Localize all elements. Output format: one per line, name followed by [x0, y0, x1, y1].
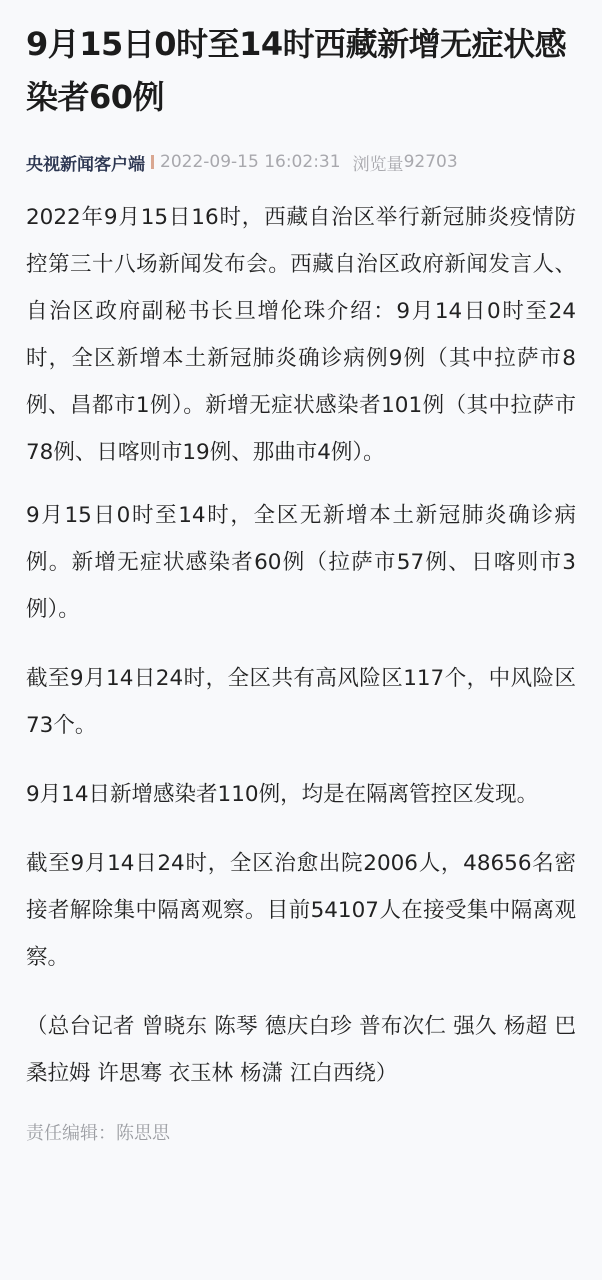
source-link[interactable]: 央视新闻客户端 — [26, 150, 145, 175]
article-page: 9月15日0时至14时西藏新增无症状感染者60例 央视新闻客户端 2022-09… — [0, 0, 602, 1280]
meta-separator — [151, 155, 154, 169]
article-meta: 央视新闻客户端 2022-09-15 16:02:31 浏览量92703 — [26, 150, 576, 174]
paragraph-press-conference: 2022年9月15日16时，西藏自治区举行新冠肺炎疫情防控第三十八场新闻发布会。… — [26, 194, 576, 476]
article-body: 2022年9月15日16时，西藏自治区举行新冠肺炎疫情防控第三十八场新闻发布会。… — [26, 194, 576, 1097]
paragraph-new-infections: 9月14日新增感染者110例，均是在隔离管控区发现。 — [26, 771, 576, 818]
paragraph-reporters: （总台记者 曾晓东 陈琴 德庆白珍 普布次仁 强久 杨超 巴桑拉姆 许思骞 衣玉… — [26, 1003, 576, 1097]
article-title: 9月15日0时至14时西藏新增无症状感染者60例 — [26, 0, 576, 124]
views-label: 浏览量 — [353, 150, 404, 175]
paragraph-recovery-quarantine: 截至9月14日24时，全区治愈出院2006人，48656名密接者解除集中隔离观察… — [26, 840, 576, 981]
responsible-editor: 责任编辑：陈思思 — [26, 1119, 576, 1149]
views-count: 92703 — [404, 152, 458, 172]
paragraph-today-cases: 9月15日0时至14时，全区无新增本土新冠肺炎确诊病例。新增无症状感染者60例（… — [26, 492, 576, 633]
paragraph-risk-areas: 截至9月14日24时，全区共有高风险区117个，中风险区73个。 — [26, 655, 576, 749]
publish-datetime: 2022-09-15 16:02:31 — [160, 152, 341, 172]
